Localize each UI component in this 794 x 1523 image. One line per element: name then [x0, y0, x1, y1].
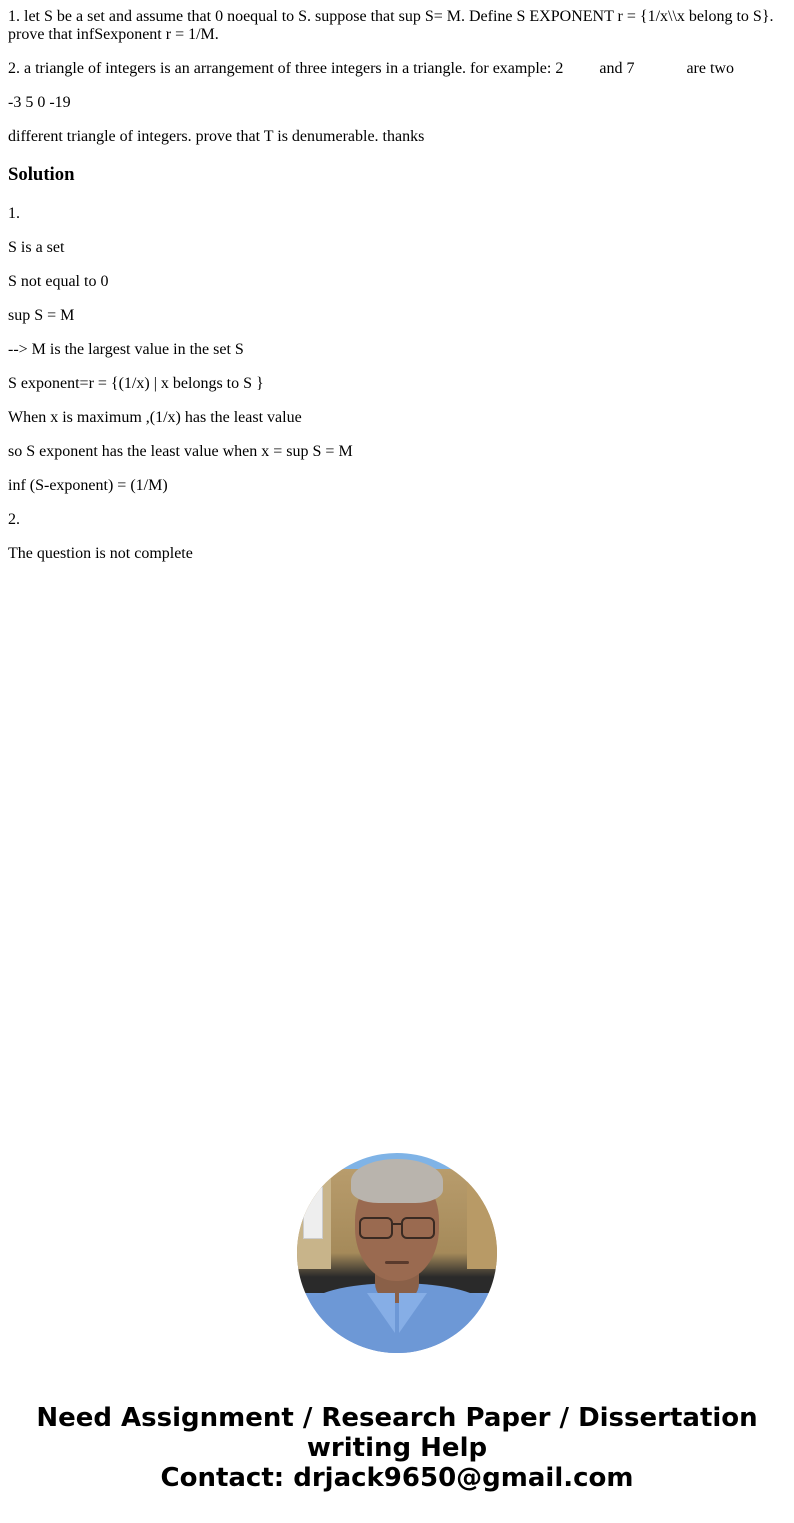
solution-line: S is a set — [8, 239, 64, 257]
solution-line: S not equal to 0 — [8, 273, 108, 291]
solution-heading: Solution — [8, 164, 74, 186]
hair — [351, 1159, 443, 1203]
question-part2-line1: 2. a triangle of integers is an arrangem… — [8, 60, 734, 78]
question-part2-line3: different triangle of integers. prove th… — [8, 128, 424, 146]
solution-line: 2. — [8, 511, 20, 529]
contact-banner: Need Assignment / Research Paper / Disse… — [0, 1403, 794, 1493]
solution-line: inf (S-exponent) = (1/M) — [8, 477, 168, 495]
banner-line-1: Need Assignment / Research Paper / Disse… — [0, 1403, 794, 1433]
banner-contact-email: Contact: drjack9650@gmail.com — [0, 1463, 794, 1493]
glasses-icon — [359, 1217, 393, 1239]
tutor-avatar-photo — [297, 1153, 497, 1353]
solution-line: 1. — [8, 205, 20, 223]
glasses-icon — [401, 1217, 435, 1239]
question-part1: 1. let S be a set and assume that 0 noeq… — [8, 8, 786, 44]
question-part2-line2: -3 5 0 -19 — [8, 94, 71, 112]
solution-line: sup S = M — [8, 307, 74, 325]
banner-line-2: writing Help — [0, 1433, 794, 1463]
collar — [367, 1293, 395, 1333]
glasses-bridge — [393, 1223, 401, 1225]
mouth — [385, 1261, 409, 1264]
solution-line: so S exponent has the least value when x… — [8, 443, 353, 461]
solution-line: --> M is the largest value in the set S — [8, 341, 244, 359]
collar — [399, 1293, 427, 1333]
solution-line: S exponent=r = {(1/x) | x belongs to S } — [8, 375, 264, 393]
solution-line: The question is not complete — [8, 545, 193, 563]
background-wall — [467, 1169, 497, 1269]
wall-switch — [303, 1187, 323, 1239]
solution-line: When x is maximum ,(1/x) has the least v… — [8, 409, 302, 427]
